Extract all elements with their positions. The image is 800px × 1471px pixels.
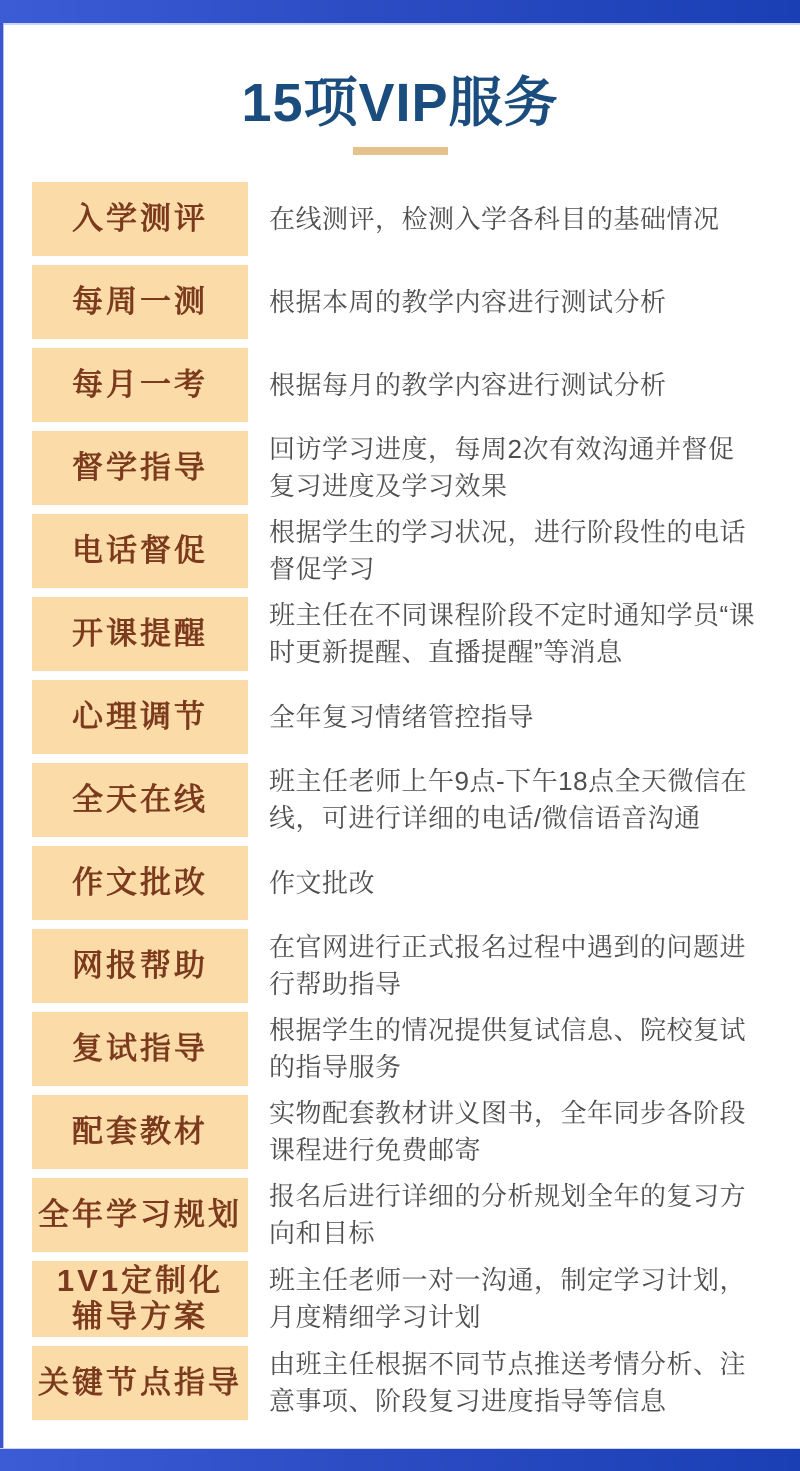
service-label-box: 配套教材 bbox=[32, 1095, 248, 1169]
service-label: 督学指导 bbox=[72, 450, 208, 486]
service-row: 全年学习规划 报名后进行详细的分析规划全年的复习方向和目标 bbox=[32, 1178, 800, 1252]
service-description: 根据每月的教学内容进行测试分析 bbox=[269, 367, 667, 404]
service-label-box: 督学指导 bbox=[32, 431, 248, 505]
service-description: 由班主任根据不同节点推送考情分析、注意事项、阶段复习进度指导等信息 bbox=[269, 1346, 760, 1420]
service-description-wrap: 根据学生的情况提供复试信息、院校复试的指导服务 bbox=[248, 1012, 800, 1086]
service-label: 电话督促 bbox=[72, 533, 208, 569]
vip-services-page: 15项VIP服务 入学测评 在线测评，检测入学各科目的基础情况 每周一测 根据本… bbox=[0, 0, 800, 1471]
service-description-wrap: 在官网进行正式报名过程中遇到的问题进行帮助指导 bbox=[248, 929, 800, 1003]
service-label-box: 网报帮助 bbox=[32, 929, 248, 1003]
service-label-box: 关键节点指导 bbox=[32, 1346, 248, 1420]
service-row: 作文批改 作文批改 bbox=[32, 846, 800, 920]
service-label: 1V1定制化 辅导方案 bbox=[57, 1263, 223, 1335]
service-row: 关键节点指导 由班主任根据不同节点推送考情分析、注意事项、阶段复习进度指导等信息 bbox=[32, 1346, 800, 1420]
service-description: 根据学生的情况提供复试信息、院校复试的指导服务 bbox=[269, 1012, 760, 1086]
service-label: 心理调节 bbox=[72, 699, 208, 735]
service-row: 督学指导 回访学习进度，每周2次有效沟通并督促复习进度及学习效果 bbox=[32, 431, 800, 505]
service-label: 全年学习规划 bbox=[38, 1197, 242, 1233]
service-label: 网报帮助 bbox=[72, 948, 208, 984]
page-title: 15项VIP服务 bbox=[0, 75, 800, 131]
service-description: 报名后进行详细的分析规划全年的复习方向和目标 bbox=[269, 1178, 760, 1252]
service-description: 实物配套教材讲义图书，全年同步各阶段课程进行免费邮寄 bbox=[269, 1095, 760, 1169]
title-underline-bar bbox=[353, 147, 448, 155]
service-label: 全天在线 bbox=[72, 782, 208, 818]
service-label-box: 全年学习规划 bbox=[32, 1178, 248, 1252]
service-list: 入学测评 在线测评，检测入学各科目的基础情况 每周一测 根据本周的教学内容进行测… bbox=[0, 182, 800, 1420]
bottom-accent-bar bbox=[0, 1448, 800, 1471]
service-description-wrap: 在线测评，检测入学各科目的基础情况 bbox=[248, 182, 800, 256]
service-description-wrap: 全年复习情绪管控指导 bbox=[248, 680, 800, 754]
service-row: 每周一测 根据本周的教学内容进行测试分析 bbox=[32, 265, 800, 339]
service-description: 作文批改 bbox=[269, 865, 375, 902]
service-label-box: 每周一测 bbox=[32, 265, 248, 339]
service-description-wrap: 根据学生的学习状况，进行阶段性的电话督促学习 bbox=[248, 514, 800, 588]
service-label: 每月一考 bbox=[72, 367, 208, 403]
service-label: 作文批改 bbox=[72, 865, 208, 901]
service-row: 网报帮助 在官网进行正式报名过程中遇到的问题进行帮助指导 bbox=[32, 929, 800, 1003]
service-description-wrap: 根据本周的教学内容进行测试分析 bbox=[248, 265, 800, 339]
service-row: 电话督促 根据学生的学习状况，进行阶段性的电话督促学习 bbox=[32, 514, 800, 588]
service-description: 在官网进行正式报名过程中遇到的问题进行帮助指导 bbox=[269, 929, 760, 1003]
service-label-box: 1V1定制化 辅导方案 bbox=[32, 1261, 248, 1337]
service-description-wrap: 实物配套教材讲义图书，全年同步各阶段课程进行免费邮寄 bbox=[248, 1095, 800, 1169]
service-label-box: 全天在线 bbox=[32, 763, 248, 837]
service-label: 开课提醒 bbox=[72, 616, 208, 652]
service-row: 1V1定制化 辅导方案 班主任老师一对一沟通，制定学习计划，月度精细学习计划 bbox=[32, 1261, 800, 1337]
service-description-wrap: 班主任老师上午9点-下午18点全天微信在线，可进行详细的电话/微信语音沟通 bbox=[248, 763, 800, 837]
service-row: 每月一考 根据每月的教学内容进行测试分析 bbox=[32, 348, 800, 422]
service-description: 根据本周的教学内容进行测试分析 bbox=[269, 284, 667, 321]
service-row: 开课提醒 班主任在不同课程阶段不定时通知学员“课时更新提醒、直播提醒”等消息 bbox=[32, 597, 800, 671]
service-label-box: 复试指导 bbox=[32, 1012, 248, 1086]
service-description: 回访学习进度，每周2次有效沟通并督促复习进度及学习效果 bbox=[269, 431, 760, 505]
service-row: 全天在线 班主任老师上午9点-下午18点全天微信在线，可进行详细的电话/微信语音… bbox=[32, 763, 800, 837]
service-description: 根据学生的学习状况，进行阶段性的电话督促学习 bbox=[269, 514, 760, 588]
service-label-box: 电话督促 bbox=[32, 514, 248, 588]
service-row: 复试指导 根据学生的情况提供复试信息、院校复试的指导服务 bbox=[32, 1012, 800, 1086]
service-description-wrap: 班主任在不同课程阶段不定时通知学员“课时更新提醒、直播提醒”等消息 bbox=[248, 597, 800, 671]
service-description-wrap: 由班主任根据不同节点推送考情分析、注意事项、阶段复习进度指导等信息 bbox=[248, 1346, 800, 1420]
service-description-wrap: 作文批改 bbox=[248, 846, 800, 920]
service-description-wrap: 报名后进行详细的分析规划全年的复习方向和目标 bbox=[248, 1178, 800, 1252]
service-description-wrap: 班主任老师一对一沟通，制定学习计划，月度精细学习计划 bbox=[248, 1261, 800, 1337]
service-label: 入学测评 bbox=[72, 201, 208, 237]
service-description-wrap: 回访学习进度，每周2次有效沟通并督促复习进度及学习效果 bbox=[248, 431, 800, 505]
service-label: 配套教材 bbox=[72, 1114, 208, 1150]
service-description: 班主任在不同课程阶段不定时通知学员“课时更新提醒、直播提醒”等消息 bbox=[269, 597, 760, 671]
service-description: 全年复习情绪管控指导 bbox=[269, 699, 534, 736]
service-row: 心理调节 全年复习情绪管控指导 bbox=[32, 680, 800, 754]
service-label-box: 心理调节 bbox=[32, 680, 248, 754]
service-description-wrap: 根据每月的教学内容进行测试分析 bbox=[248, 348, 800, 422]
service-label: 复试指导 bbox=[72, 1031, 208, 1067]
service-description: 在线测评，检测入学各科目的基础情况 bbox=[269, 201, 720, 238]
service-label: 关键节点指导 bbox=[38, 1365, 242, 1401]
service-row: 入学测评 在线测评，检测入学各科目的基础情况 bbox=[32, 182, 800, 256]
service-label-box: 入学测评 bbox=[32, 182, 248, 256]
service-label-box: 作文批改 bbox=[32, 846, 248, 920]
service-label: 每周一测 bbox=[72, 284, 208, 320]
service-description: 班主任老师上午9点-下午18点全天微信在线，可进行详细的电话/微信语音沟通 bbox=[269, 763, 760, 837]
service-label-box: 开课提醒 bbox=[32, 597, 248, 671]
service-description: 班主任老师一对一沟通，制定学习计划，月度精细学习计划 bbox=[269, 1262, 760, 1336]
service-label-box: 每月一考 bbox=[32, 348, 248, 422]
service-row: 配套教材 实物配套教材讲义图书，全年同步各阶段课程进行免费邮寄 bbox=[32, 1095, 800, 1169]
content-area: 15项VIP服务 入学测评 在线测评，检测入学各科目的基础情况 每周一测 根据本… bbox=[0, 0, 800, 1420]
